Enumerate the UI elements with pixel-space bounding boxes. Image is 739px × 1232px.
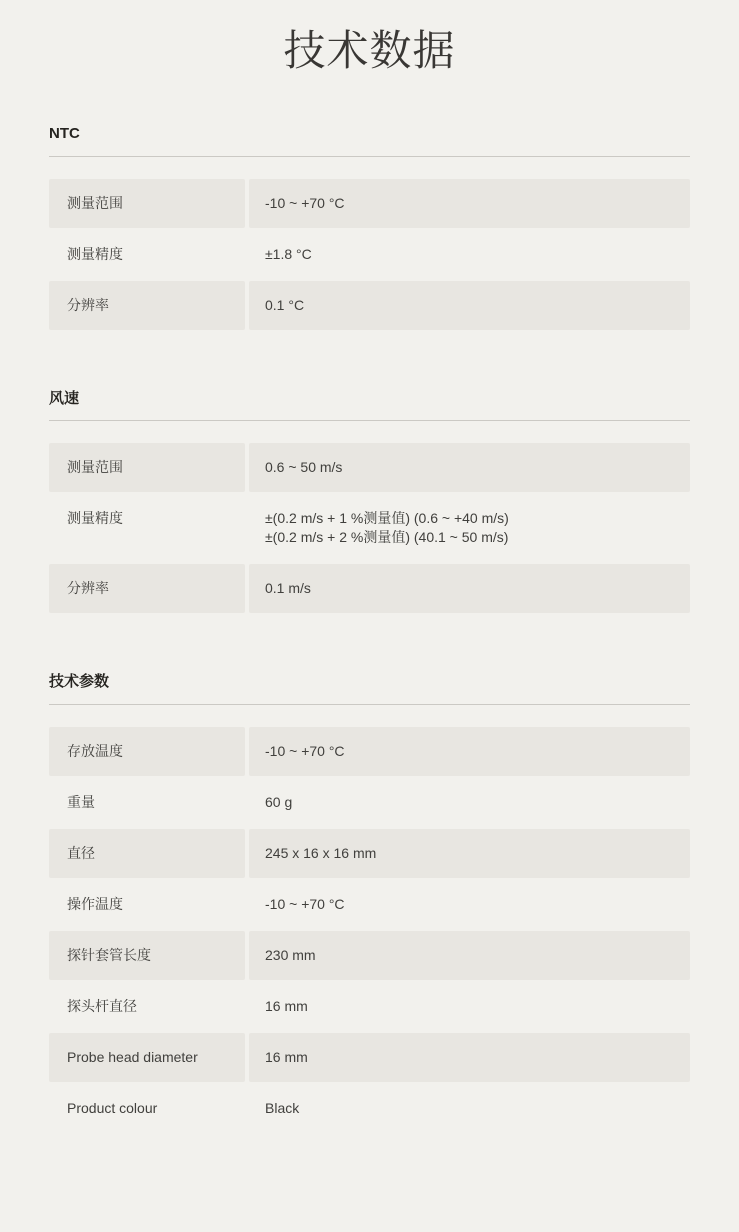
spec-value: Black	[249, 1084, 690, 1133]
spec-section-2: 风速 测量范围 0.6 ~ 50 m/s 测量精度 ±(0.2 m/s + 1 …	[49, 391, 690, 614]
spec-label: 直径	[49, 829, 245, 878]
spec-label: 测量范围	[49, 179, 245, 228]
section-heading: NTC	[49, 126, 690, 156]
spec-section-3: 技术参数 存放温度 -10 ~ +70 °C 重量 60 g 直径 245 x …	[49, 674, 690, 1133]
spec-value: 0.1 m/s	[249, 564, 690, 613]
spec-row: 测量精度 ±(0.2 m/s + 1 %测量值) (0.6 ~ +40 m/s)…	[49, 494, 690, 562]
section-heading: 技术参数	[49, 674, 690, 704]
spec-row: 分辨率 0.1 °C	[49, 281, 690, 330]
spec-row: 测量范围 0.6 ~ 50 m/s	[49, 443, 690, 492]
spec-row: Probe head diameter 16 mm	[49, 1033, 690, 1082]
spec-label: Probe head diameter	[49, 1033, 245, 1082]
spec-section-1: NTC 测量范围 -10 ~ +70 °C 测量精度 ±1.8 °C 分辨率 0…	[49, 126, 690, 330]
spec-row: 存放温度 -10 ~ +70 °C	[49, 727, 690, 776]
spec-value: ±1.8 °C	[249, 230, 690, 279]
spec-row: 重量 60 g	[49, 778, 690, 827]
spec-label: 探头杆直径	[49, 982, 245, 1031]
page-title: 技术数据	[49, 26, 690, 76]
spec-label: 存放温度	[49, 727, 245, 776]
spec-value: 16 mm	[249, 982, 690, 1031]
section-divider	[49, 156, 690, 157]
spec-row: 探针套管长度 230 mm	[49, 931, 690, 980]
section-heading: 风速	[49, 391, 690, 421]
spec-label: 测量范围	[49, 443, 245, 492]
spec-label: 重量	[49, 778, 245, 827]
spec-value: 0.6 ~ 50 m/s	[249, 443, 690, 492]
spec-label: 分辨率	[49, 281, 245, 330]
spec-row: 分辨率 0.1 m/s	[49, 564, 690, 613]
spec-value: 16 mm	[249, 1033, 690, 1082]
spec-value: -10 ~ +70 °C	[249, 727, 690, 776]
spec-label: Product colour	[49, 1084, 245, 1133]
spec-row: 探头杆直径 16 mm	[49, 982, 690, 1031]
spec-label: 测量精度	[49, 494, 245, 562]
spec-label: 分辨率	[49, 564, 245, 613]
spec-row: 测量精度 ±1.8 °C	[49, 230, 690, 279]
spec-value: 60 g	[249, 778, 690, 827]
spec-value: ±(0.2 m/s + 1 %测量值) (0.6 ~ +40 m/s) ±(0.…	[249, 494, 690, 562]
spec-table: 测量范围 -10 ~ +70 °C 测量精度 ±1.8 °C 分辨率 0.1 °…	[49, 179, 690, 330]
spec-table: 存放温度 -10 ~ +70 °C 重量 60 g 直径 245 x 16 x …	[49, 727, 690, 1133]
spec-value: 230 mm	[249, 931, 690, 980]
section-divider	[49, 704, 690, 705]
section-divider	[49, 420, 690, 421]
spec-value: 0.1 °C	[249, 281, 690, 330]
spec-label: 操作温度	[49, 880, 245, 929]
spec-value: -10 ~ +70 °C	[249, 179, 690, 228]
spec-table: 测量范围 0.6 ~ 50 m/s 测量精度 ±(0.2 m/s + 1 %测量…	[49, 443, 690, 613]
spec-row: 测量范围 -10 ~ +70 °C	[49, 179, 690, 228]
spec-row: 直径 245 x 16 x 16 mm	[49, 829, 690, 878]
spec-value: -10 ~ +70 °C	[249, 880, 690, 929]
spec-row: Product colour Black	[49, 1084, 690, 1133]
spec-page: 技术数据 NTC 测量范围 -10 ~ +70 °C 测量精度 ±1.8 °C …	[0, 0, 739, 1173]
spec-label: 探针套管长度	[49, 931, 245, 980]
spec-sections: NTC 测量范围 -10 ~ +70 °C 测量精度 ±1.8 °C 分辨率 0…	[49, 126, 690, 1133]
spec-label: 测量精度	[49, 230, 245, 279]
spec-row: 操作温度 -10 ~ +70 °C	[49, 880, 690, 929]
spec-value: 245 x 16 x 16 mm	[249, 829, 690, 878]
